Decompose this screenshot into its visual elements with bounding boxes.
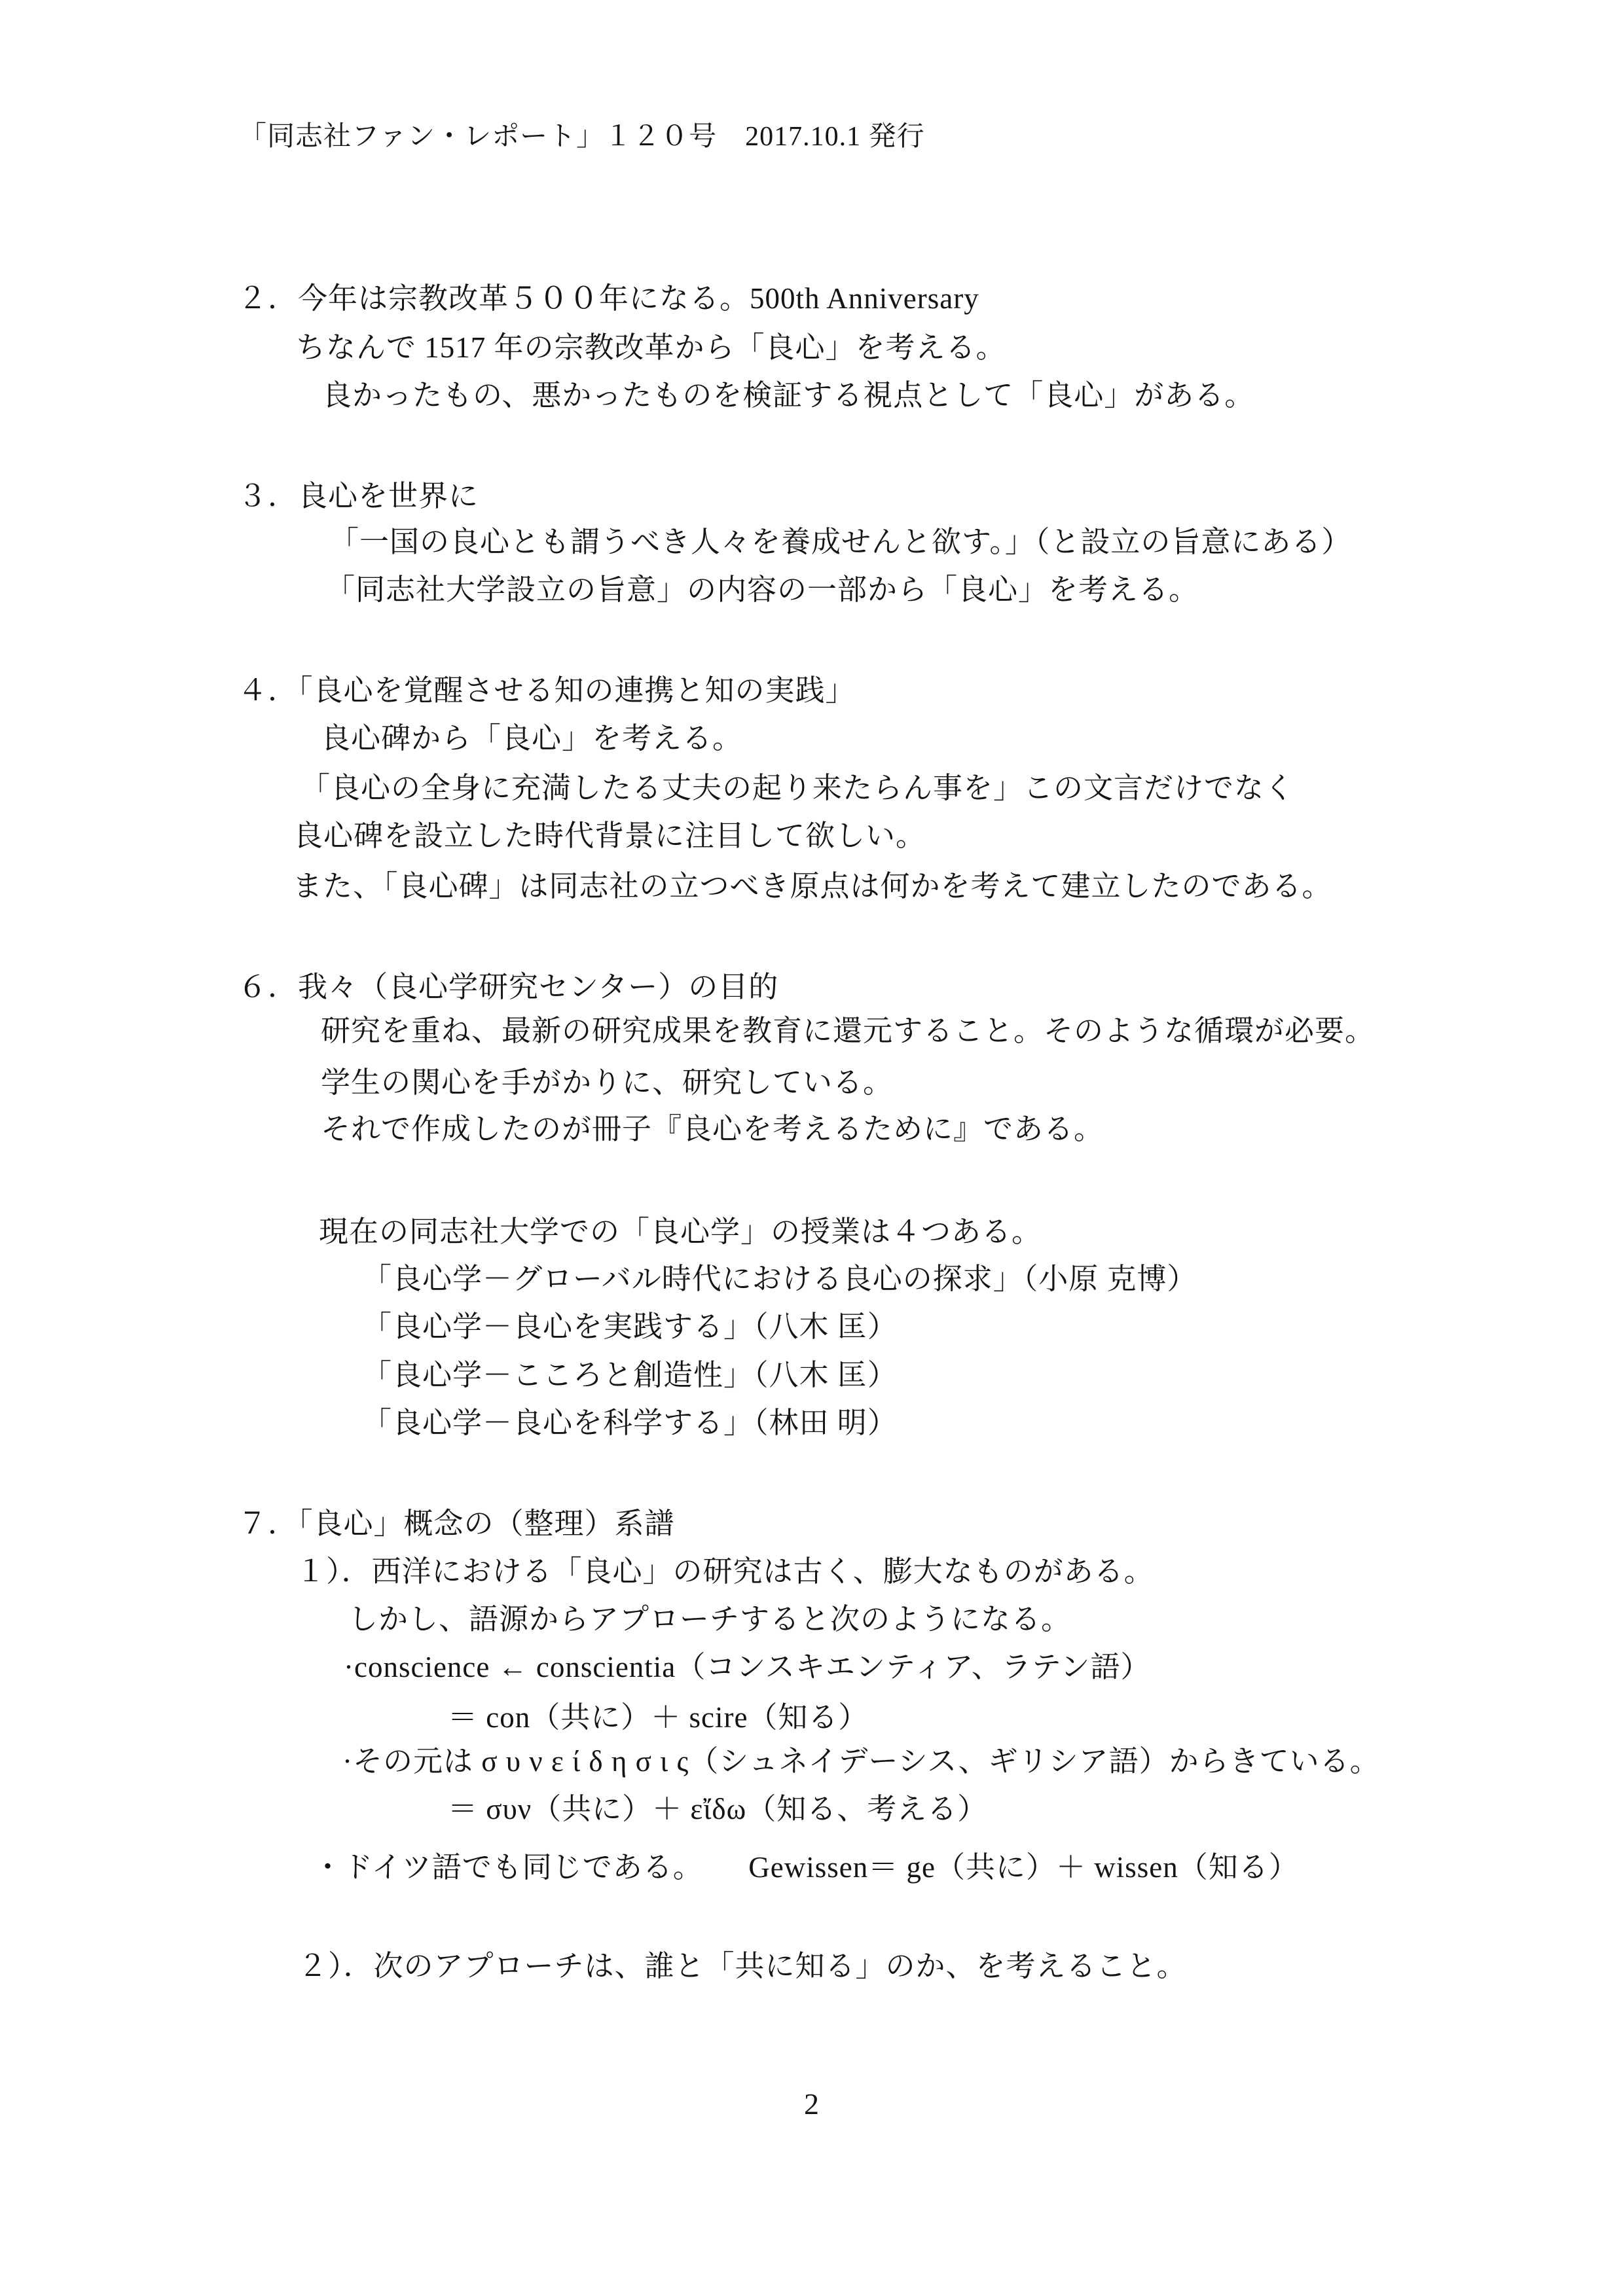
heading-section-7: ７．「良心」概念の（整理）系譜 — [238, 1507, 675, 1541]
doc-line: 良心碑を設立した時代背景に注目して欲しい。 — [293, 819, 926, 853]
doc-line: 良かったもの、悪かったものを検証する視点として「良心」がある。 — [322, 379, 1254, 413]
doc-line: ちなんで 1517 年の宗教改革から「良心」を考える。 — [296, 331, 1006, 365]
doc-line-etymology: ·conscience ← conscientia（コンスキエンティア、ラテン語… — [344, 1651, 1150, 1685]
doc-line: 「一国の良心とも謂うべき人々を養成せんと欲す。」（と設立の旨意にある） — [329, 526, 1351, 560]
doc-line: しかし、語源からアプローチすると次のようになる。 — [348, 1603, 1071, 1637]
heading-section-6: ６．我々（良心学研究センター）の目的 — [238, 971, 778, 1005]
doc-line-course: 「良心学－こころと創造性」（八木 匡） — [362, 1359, 898, 1393]
page-number: 2 — [0, 2087, 1623, 2121]
heading-section-4: ４．「良心を覚醒させる知の連携と知の実践」 — [238, 674, 856, 708]
doc-line: それで作成したのが冊子『良心を考えるために』である。 — [321, 1113, 1104, 1147]
doc-line-etymology: ·その元は σ υ ν ε ί δ η σ ι ς（シュネイデーシス、ギリシア語… — [342, 1745, 1380, 1779]
doc-line: ２）．次のアプローチは、誰と「共に知る」のか、を考えること。 — [298, 1950, 1187, 1984]
doc-line: １）．西洋における「良心」の研究は古く、膨大なものがある。 — [296, 1555, 1154, 1589]
doc-line: 「良心の全身に充満したる丈夫の起り来たらん事を」この文言だけでなく — [301, 772, 1294, 806]
doc-line: 「同志社大学設立の旨意」の内容の一部から「良心」を考える。 — [325, 573, 1199, 607]
doc-line-etymology: ＝ συν（共に）＋ εἴδω（知る、考える） — [448, 1793, 987, 1827]
doc-line: 学生の関心を手がかりに、研究している。 — [321, 1066, 893, 1100]
doc-line: 良心碑から「良心」を考える。 — [321, 722, 742, 756]
doc-line: 研究を重ね、最新の研究成果を教育に還元すること。そのような循環が必要。 — [321, 1014, 1375, 1049]
doc-line-course: 「良心学－グローバル時代における良心の探求」（小原 克博） — [362, 1263, 1197, 1297]
doc-line: 現在の同志社大学での「良心学」の授業は４つある。 — [319, 1215, 1042, 1249]
document-page: 「同志社ファン・レポート」１２０号 2017.10.1 発行 ２．今年は宗教改革… — [0, 0, 1623, 2296]
doc-line-course: 「良心学－良心を実践する」（八木 匡） — [362, 1310, 898, 1344]
page-header: 「同志社ファン・レポート」１２０号 2017.10.1 発行 — [239, 121, 925, 152]
doc-line: また、「良心碑」は同志社の立つべき原点は何かを考えて建立したのである。 — [293, 870, 1332, 904]
doc-line-etymology: ・ドイツ語でも同じである。 Gewissen＝ ge（共に）＋ wissen（知… — [313, 1851, 1299, 1885]
doc-line-course: 「良心学－良心を科学する」（林田 明） — [362, 1407, 898, 1441]
heading-section-3: ３．良心を世界に — [238, 480, 479, 514]
doc-line-etymology: ＝ con（共に）＋ scire（知る） — [448, 1701, 868, 1735]
heading-section-2: ２．今年は宗教改革５００年になる。500th Anniversary — [238, 282, 979, 316]
